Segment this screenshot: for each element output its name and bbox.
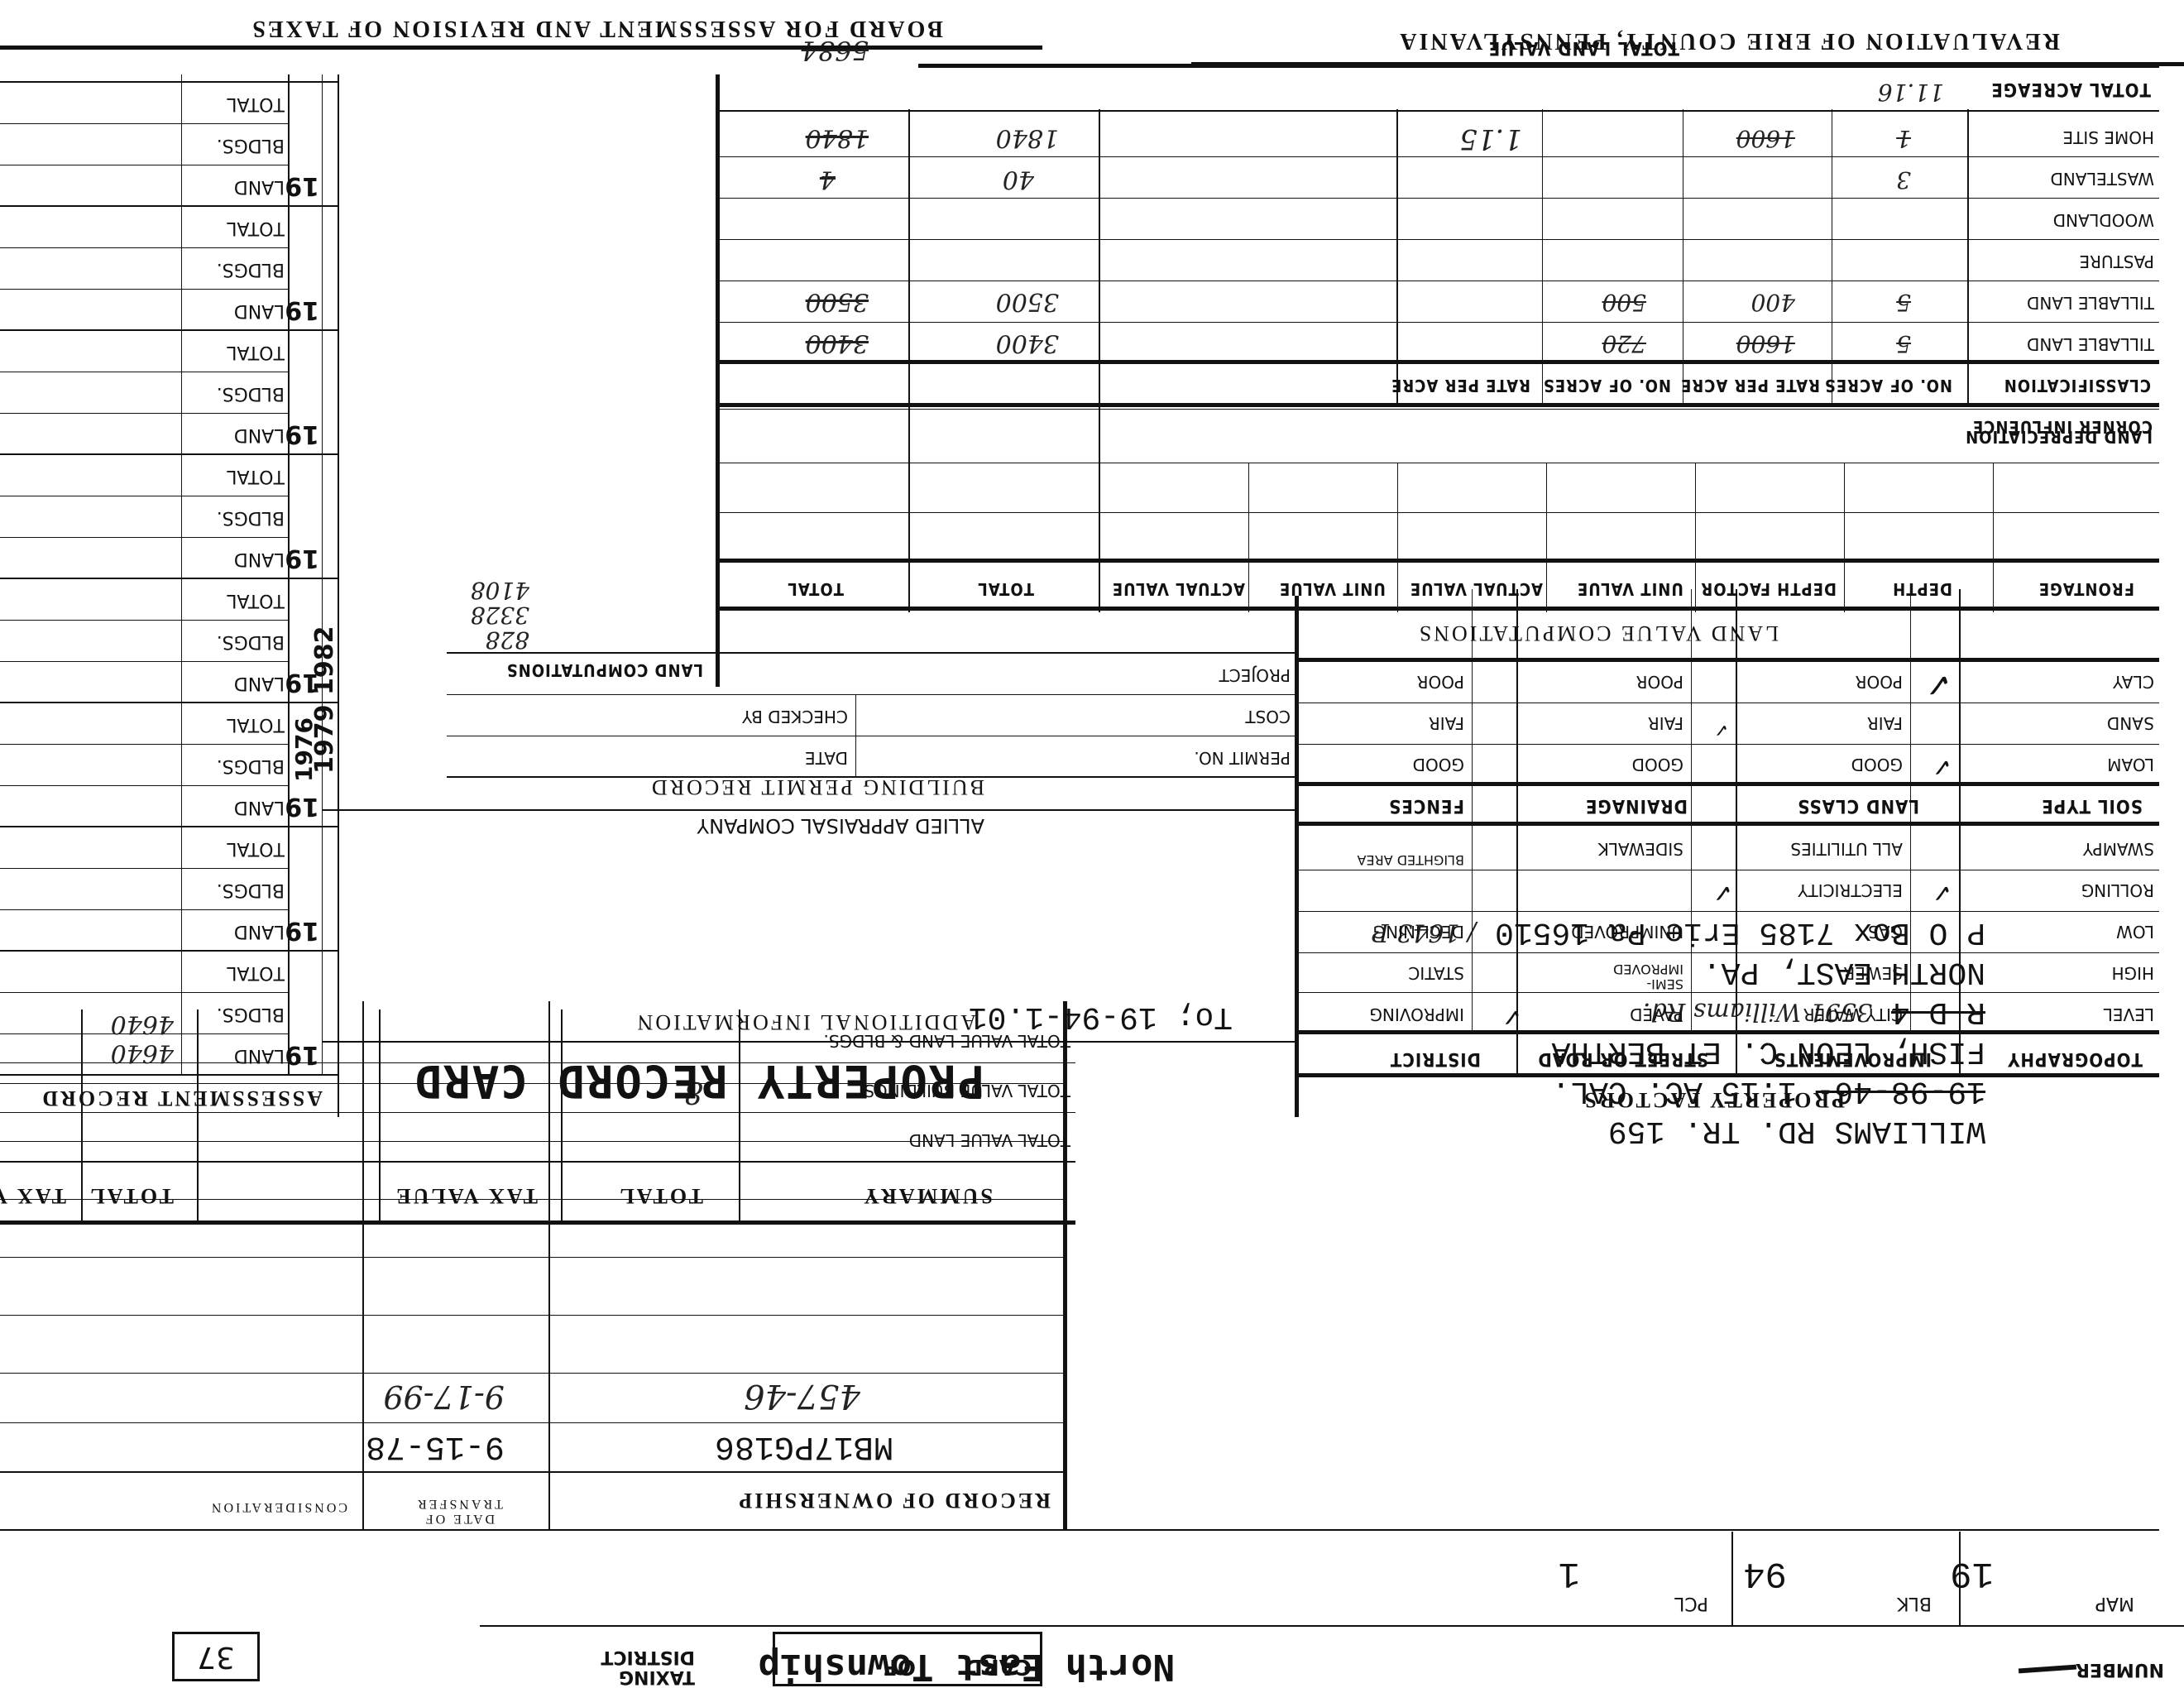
assessment-row-label: BLDGS. <box>217 135 285 156</box>
divider <box>323 809 1299 811</box>
divider <box>720 239 2159 240</box>
fences-poor: POOR <box>1417 672 1464 692</box>
divider <box>0 372 290 372</box>
land-class-fair: FAIR <box>1867 713 1903 733</box>
assessment-year-prefix: 19 <box>285 295 319 324</box>
divider <box>1967 109 1969 407</box>
footer-board: BOARD FOR ASSESSMENT AND REVISION OF TAX… <box>250 15 943 41</box>
map-value: 19 <box>1950 1552 1994 1594</box>
map-block-parcel-row: MAP 19 BLK 94 PCL 1 <box>1324 1532 2159 1627</box>
assessment-row-label: BLDGS. <box>217 259 285 280</box>
classification-value: 3500 <box>806 287 869 316</box>
divider <box>1299 870 2159 870</box>
divider <box>0 413 290 414</box>
divider <box>1299 1073 2159 1077</box>
divider <box>1299 911 2159 912</box>
factor-rolling: ROLLING <box>2081 880 2154 900</box>
acres-value: 1 <box>1896 125 1911 152</box>
ownership-title: RECORD OF OWNERSHIP <box>736 1488 1051 1513</box>
assessment-row-label: TOTAL <box>227 590 285 611</box>
factor-declining: DECLINING <box>1373 922 1464 942</box>
divider <box>0 165 290 165</box>
divider <box>1397 463 1398 612</box>
number-scribble <box>2019 1665 2076 1674</box>
divider <box>0 289 290 290</box>
assessment-row-label: LAND <box>234 797 285 818</box>
summary-title: SUMMARY <box>861 1183 993 1208</box>
divider <box>720 403 2159 407</box>
divider <box>0 785 290 786</box>
assessment-row-label: TOTAL <box>227 714 285 735</box>
divider <box>720 110 2159 112</box>
permit-project-label: PROJECT <box>1219 665 1291 685</box>
divider <box>0 868 290 869</box>
assessment-row-label: LAND <box>234 424 285 445</box>
divider <box>1731 1532 1733 1627</box>
rate-value: 1600 <box>1736 125 1795 152</box>
divider <box>0 205 339 207</box>
divider <box>1542 109 1543 407</box>
divider <box>0 744 290 745</box>
divider <box>720 198 2159 199</box>
transfer-date: 9-17-99 <box>383 1379 505 1415</box>
number-label: NUMBER <box>2076 1659 2164 1680</box>
assessment-row-label: BLDGS. <box>217 1004 285 1024</box>
divider <box>1695 463 1696 612</box>
blk-label: BLK <box>1897 1593 1932 1614</box>
depth-header: DEPTH <box>1892 579 1952 599</box>
divider <box>1844 463 1845 612</box>
divider <box>1832 109 1832 407</box>
check-mark-icon: ✓ <box>1924 665 1952 703</box>
divider <box>0 1074 339 1076</box>
street-road-header: STREET OR ROAD <box>1537 1048 1708 1069</box>
factor-level: LEVEL <box>2104 1005 2154 1024</box>
assessment-year-prefix: 19 <box>285 171 319 200</box>
check-mark-icon: ✓ <box>1932 752 1952 781</box>
factor-blighted-area: BLIGHTED AREA <box>1357 852 1464 867</box>
assessment-row-label: TOTAL <box>227 838 285 859</box>
divider <box>0 620 290 621</box>
divider <box>1959 1532 1961 1627</box>
divider <box>0 1220 1075 1225</box>
divider <box>0 453 339 455</box>
drainage-fair: FAIR <box>1648 713 1683 733</box>
divider <box>0 992 290 993</box>
map-label: MAP <box>2095 1593 2134 1614</box>
divider <box>1191 62 2184 66</box>
divider <box>1299 658 2159 662</box>
total-header: TOTAL <box>617 1183 703 1208</box>
fences-good: GOOD <box>1413 755 1464 774</box>
pcl-label: PCL <box>1674 1593 1708 1614</box>
divider <box>447 694 1299 695</box>
permit-date-label: DATE <box>805 748 848 768</box>
divider <box>855 695 856 778</box>
divider <box>0 123 290 124</box>
acres-value: 720 <box>1602 330 1646 357</box>
divider <box>1993 463 1994 612</box>
soil-type-header: SOIL TYPE <box>2041 795 2143 816</box>
acres-value: 5 <box>1896 330 1911 357</box>
total-acreage-value: 11.16 <box>1878 79 1944 106</box>
acres-value: 3 <box>1896 166 1911 194</box>
factor-paved: PAVED <box>1630 1005 1683 1024</box>
box-number: 37 <box>172 1632 260 1681</box>
unit-value-header: UNIT VALUE <box>1577 579 1683 599</box>
fences-fair: FAIR <box>1429 713 1464 733</box>
acres-value: 5 <box>1896 289 1911 316</box>
classification-value: 3500 <box>996 287 1059 316</box>
assessment-record-title: ASSESSMENT RECORD <box>40 1086 323 1110</box>
additional-information-title: ADDITIONAL INFORMATION <box>635 1009 976 1034</box>
divider <box>322 74 323 1076</box>
handwritten-assessment: 4640 <box>111 1009 174 1038</box>
assessment-row-label: BLDGS. <box>217 383 285 404</box>
acres-value: 500 <box>1602 289 1646 316</box>
factor-swampy: SWAMPY <box>2083 839 2154 859</box>
class-home-site: HOME SITE <box>2063 127 2154 147</box>
divider <box>0 661 290 662</box>
acres-header: NO. OF ACRES <box>1543 376 1671 396</box>
divider <box>0 496 290 496</box>
taxing-district-label: TAXING DISTRICT <box>579 1647 695 1686</box>
assessment-record: ASSESSMENT RECORD 19LANDBLDGS.TOTAL19LAN… <box>0 74 339 1117</box>
classification-value: 3400 <box>996 328 1059 357</box>
land-computations-box: LAND COMPUTATIONS 828 3328 4108 <box>422 74 720 687</box>
class-tillable-land: TILLABLE LAND <box>2027 334 2154 354</box>
classification-header: CLASSIFICATION <box>2004 376 2151 396</box>
factor-electricity: ELECTRICITY <box>1798 880 1903 900</box>
acres-header: NO. OF ACRES <box>1824 376 1952 396</box>
divider <box>0 702 339 703</box>
assessment-row-label: BLDGS. <box>217 880 285 900</box>
classification-value: 3400 <box>806 328 869 357</box>
factor-sewer: SEWER <box>1843 963 1903 983</box>
divider <box>0 1315 1067 1316</box>
divider <box>447 736 1299 736</box>
permit-cost-label: COST <box>1245 707 1291 727</box>
assessment-year-prefix: 19 <box>285 420 319 448</box>
rate-header: RATE PER ACRE <box>1680 376 1820 396</box>
assessment-row-label: LAND <box>234 300 285 321</box>
corner-influence-label: CORNER INFLUENCE <box>1972 417 2153 437</box>
assessment-row-label: LAND <box>234 921 285 942</box>
assessment-row-label: TOTAL <box>227 342 285 362</box>
classification-value: 4 <box>820 165 836 194</box>
stamped-year: 1979 <box>310 705 339 774</box>
drainage-header: DRAINAGE <box>1585 795 1688 816</box>
check-mark-icon: ✓ <box>1712 878 1733 907</box>
classification-value: 1840 <box>996 123 1059 152</box>
class-tillable-land: TILLABLE LAND <box>2027 293 2154 313</box>
divider <box>1396 109 1398 407</box>
divider <box>0 1422 1067 1423</box>
assessment-row-label: TOTAL <box>227 218 285 238</box>
date-of-transfer-header: DATE OF TRANSFER <box>397 1496 521 1526</box>
divider <box>181 74 182 1076</box>
improvements-header: IMPROVEMENTS <box>1774 1048 1932 1069</box>
factor-low: LOW <box>2116 922 2154 942</box>
divider <box>720 281 2159 281</box>
divider <box>720 559 2159 563</box>
permit-number-label: PERMIT NO. <box>1194 748 1291 768</box>
district-header: DISTRICT <box>1390 1048 1481 1069</box>
total-header: TOTAL <box>88 1183 174 1208</box>
township-name: North East Township <box>759 1646 1175 1688</box>
pcl-value: 1 <box>1559 1552 1580 1594</box>
factor-improving: IMPROVING <box>1369 1005 1464 1024</box>
factor-static: STATIC <box>1408 963 1464 983</box>
divider <box>1299 1030 2159 1034</box>
check-mark-icon: ✓ <box>1501 1002 1522 1031</box>
footer-revaluation: REVALUATION OF ERIE COUNTY, PENNSYLVANIA <box>1397 27 2060 54</box>
permit-checked-by-label: CHECKED BY <box>742 707 848 727</box>
assessment-row-label: BLDGS. <box>217 631 285 652</box>
divider <box>1691 589 1692 1034</box>
document-title: PROPERTY RECORD CARD <box>414 1055 984 1107</box>
divider <box>323 1041 1299 1043</box>
divider <box>0 247 290 248</box>
divider <box>0 950 339 952</box>
rate-value: 1600 <box>1736 330 1795 357</box>
assessment-row-label: TOTAL <box>227 466 285 487</box>
check-mark-icon: ✓ <box>1932 878 1952 907</box>
factor-semi-improved: SEMI-IMPROVED <box>1601 961 1683 991</box>
divider <box>0 1161 1075 1163</box>
building-permit-title: BUILDING PERMIT RECORD <box>649 774 984 799</box>
drainage-poor: POOR <box>1636 672 1683 692</box>
unit-value-header: UNIT VALUE <box>1279 579 1386 599</box>
divider <box>447 776 1299 778</box>
property-factors-title: PROPERTY FACTORS <box>1583 1087 1845 1112</box>
total-header: TOTAL <box>977 579 1034 599</box>
assessment-row-label: TOTAL <box>227 94 285 114</box>
fences-header: FENCES <box>1388 795 1464 816</box>
divider <box>1472 589 1473 1034</box>
divider <box>1299 952 2159 953</box>
actual-value-header: ACTUAL VALUE <box>1112 579 1245 599</box>
divider <box>720 156 2159 157</box>
divider <box>1248 463 1249 612</box>
to-reference: To; 19-94-1.01 <box>969 999 1233 1034</box>
divider <box>338 74 339 1117</box>
divider <box>1099 109 1100 407</box>
total-acreage-label: TOTAL ACREAGE <box>1990 79 2151 99</box>
classification-value: 40 <box>1003 165 1034 194</box>
divider <box>720 360 2159 364</box>
factor-high: HIGH <box>2112 963 2154 983</box>
rate-value: 400 <box>1751 289 1795 316</box>
handwritten-note: 4108 <box>471 577 529 604</box>
topography-header: TOPOGRAPHY <box>2007 1048 2143 1069</box>
classification-value: 1840 <box>806 123 869 152</box>
deed-book-reference: MB17PG186 <box>715 1427 893 1465</box>
summary-row-label: TOTAL VALUE LAND <box>909 1130 1070 1150</box>
divider <box>0 81 339 83</box>
frontage-header: FRONTAGE <box>2038 579 2134 599</box>
drainage-good: GOOD <box>1632 755 1683 774</box>
assessment-row-label: TOTAL <box>227 962 285 983</box>
tax-value-header: TAX VALUE <box>0 1183 66 1208</box>
land-value-computations-title: LAND VALUE COMPUTATIONS <box>1417 621 1779 645</box>
divider <box>1546 463 1547 612</box>
depth-factor-header: DEPTH FACTOR <box>1700 579 1837 599</box>
total-header: TOTAL <box>787 579 844 599</box>
divider <box>1299 992 2159 993</box>
divider <box>0 909 290 910</box>
divider <box>0 1257 1067 1258</box>
stamped-year: 1982 <box>310 626 339 696</box>
consideration-header: CONSIDERATION <box>209 1499 347 1514</box>
divider <box>1299 744 2159 745</box>
property-factors-table: PROPERTY FACTORS TOPOGRAPHY IMPROVEMENTS… <box>1299 587 2159 1117</box>
divider <box>0 578 339 579</box>
factor-unimproved: UNIMPROVED <box>1571 922 1683 942</box>
handwritten-assessment: 4640 <box>111 1038 174 1067</box>
divider <box>0 46 1042 50</box>
divider <box>720 512 2159 513</box>
assessment-year-prefix: 19 <box>285 916 319 945</box>
divider <box>0 1471 1067 1473</box>
class-pasture: PASTURE <box>2079 252 2154 271</box>
divider <box>1683 109 1683 407</box>
land-class-poor: POOR <box>1856 672 1903 692</box>
divider <box>908 109 910 407</box>
class-woodland: WOODLAND <box>2053 210 2154 230</box>
factor-sidewalk: SIDEWALK <box>1598 839 1683 859</box>
tax-value-header: TAX VALUE <box>394 1183 538 1208</box>
divider <box>0 1373 1067 1374</box>
divider <box>1736 589 1737 1077</box>
assessment-row-label: BLDGS. <box>217 507 285 528</box>
divider <box>720 463 2159 463</box>
assessment-row-label: LAND <box>234 673 285 693</box>
class-wasteland: WASTELAND <box>2050 169 2154 189</box>
assessment-year-prefix: 19 <box>285 792 319 821</box>
handwritten-note: 828 <box>486 626 529 654</box>
blk-value: 94 <box>1743 1552 1787 1594</box>
soil-sand: SAND <box>2107 713 2154 733</box>
soil-loam: LOAM <box>2107 755 2154 774</box>
rate-value: 1.15 <box>1459 122 1522 156</box>
divider <box>0 826 339 827</box>
assessment-row-label: LAND <box>234 549 285 569</box>
factor-all-utilities: ALL UTILITIES <box>1790 839 1903 859</box>
assessment-year-prefix: 19 <box>285 1040 319 1069</box>
divider <box>1959 589 1961 1077</box>
soil-clay: CLAY <box>2113 672 2154 692</box>
divider <box>0 329 339 331</box>
assessment-row-label: BLDGS. <box>217 755 285 776</box>
divider <box>1299 782 2159 786</box>
divider <box>1299 703 2159 703</box>
land-class-header: LAND CLASS <box>1797 795 1919 816</box>
assessment-year-prefix: 19 <box>285 544 319 573</box>
assessment-row-label: LAND <box>234 176 285 197</box>
factor-gas: GAS <box>1868 922 1903 942</box>
transfer-date: 9-15-78 <box>366 1427 505 1465</box>
divider <box>0 537 290 538</box>
rate-header: RATE PER ACRE <box>1391 376 1530 396</box>
appraisal-company: ALLIED APPRAISAL COMPANY <box>697 814 985 837</box>
divider <box>720 322 2159 323</box>
divider <box>1299 822 2159 826</box>
actual-value-header: ACTUAL VALUE <box>1410 579 1543 599</box>
land-computations-title: LAND COMPUTATIONS <box>506 660 703 680</box>
handwritten-note: 3328 <box>471 602 529 629</box>
deed-book-reference: 457-46 <box>744 1377 860 1415</box>
check-mark-icon: ✓ <box>1714 719 1729 740</box>
assessment-row-label: LAND <box>234 1045 285 1066</box>
classification-table: CORNER INFLUENCE CLASSIFICATION NO. OF A… <box>720 58 2159 447</box>
factor-city-water: CITY WATER <box>1803 1005 1903 1024</box>
property-record-card: NUMBER CARD OF TAXING DISTRICT North Eas… <box>0 0 2184 1688</box>
land-class-good: GOOD <box>1851 755 1903 774</box>
